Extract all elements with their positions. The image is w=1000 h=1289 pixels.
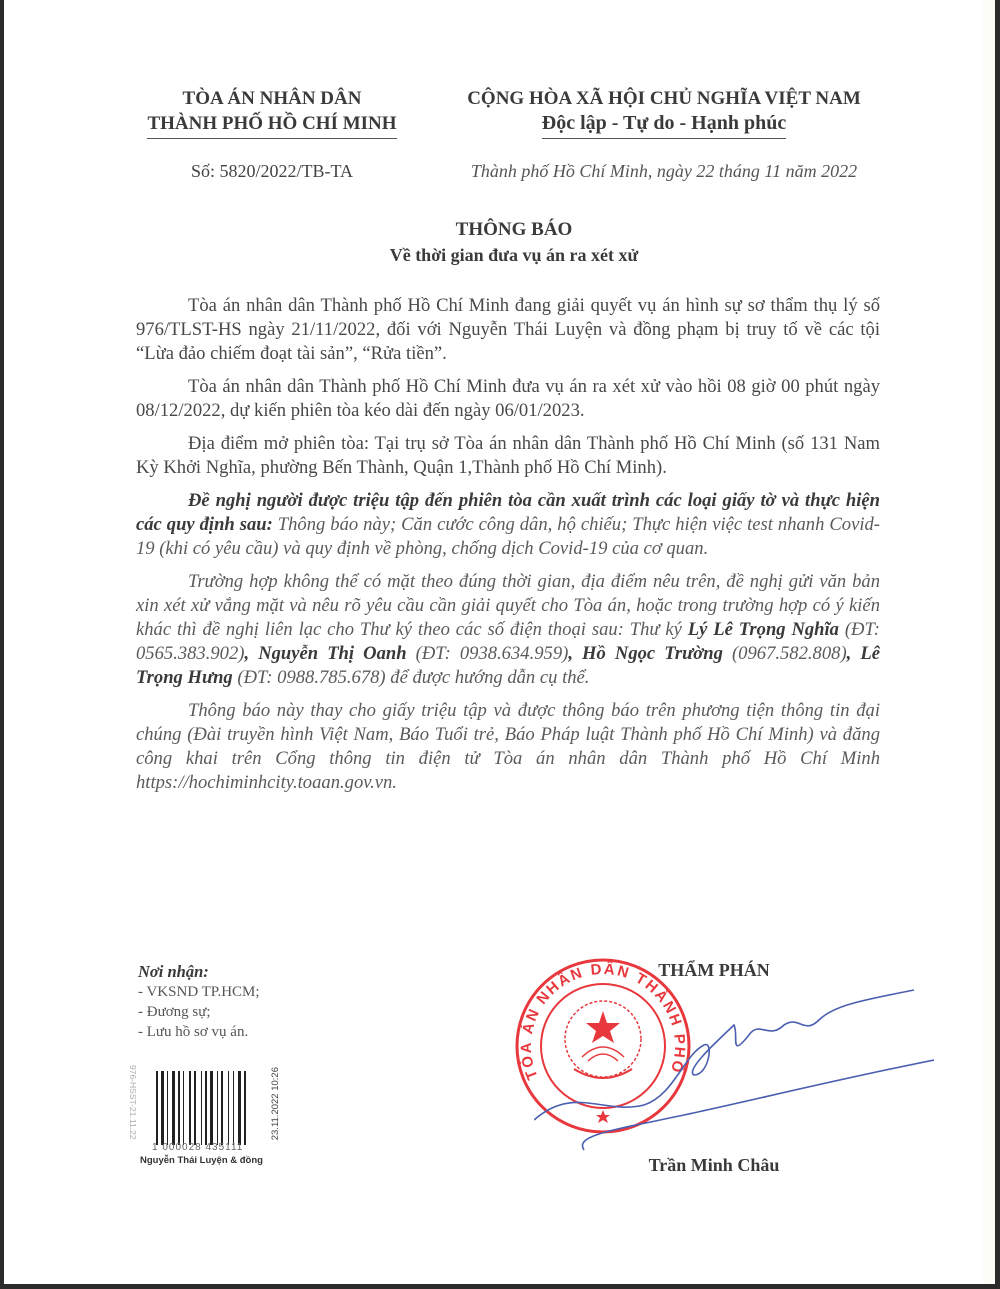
contacts-end: để được hướng dẫn cụ thể. (386, 667, 590, 688)
country-line: CỘNG HÒA XÃ HỘI CHỦ NGHĨA VIỆT NAM (424, 86, 904, 111)
barcode-label: 976-HSST-21.11.22 1 000028 435111 23.11.… (130, 1063, 290, 1169)
contact-phone: (ĐT: 0938.634.959) (407, 643, 569, 664)
judge-signature (534, 965, 934, 1155)
national-header: CỘNG HÒA XÃ HỘI CHỦ NGHĨA VIỆT NAM Độc l… (424, 86, 904, 139)
paragraph-trial-time: Tòa án nhân dân Thành phố Hồ Chí Minh đư… (136, 375, 880, 423)
recipients-block: Nơi nhận: - VKSND TP.HCM; - Đương sự; - … (138, 962, 418, 1042)
recipient-item: - Lưu hồ sơ vụ án. (138, 1022, 418, 1042)
paragraph-location: Địa điểm mở phiên tòa: Tại trụ sở Tòa án… (136, 432, 880, 480)
issuer-header: TÒA ÁN NHÂN DÂN THÀNH PHỐ HỒ CHÍ MINH (100, 86, 444, 139)
contact-name: Lý Lê Trọng Nghĩa (688, 619, 839, 640)
paragraph-case-info: Tòa án nhân dân Thành phố Hồ Chí Minh đa… (136, 294, 880, 366)
document-number: Số: 5820/2022/TB-TA (100, 161, 444, 182)
contact-name: Nguyễn Thị Oanh (258, 643, 406, 664)
issuer-line-2: THÀNH PHỐ HỒ CHÍ MINH (147, 111, 396, 139)
paragraph-publication: Thông báo này thay cho giấy triệu tập và… (136, 699, 880, 795)
document-page: TÒA ÁN NHÂN DÂN THÀNH PHỐ HỒ CHÍ MINH CỘ… (4, 0, 995, 1284)
barcode-timestamp: 23.11.2022 10:26 (270, 1067, 281, 1140)
signer-title: THẨM PHÁN (564, 960, 864, 981)
contact-phone: (ĐT: 0988.785.678) (233, 667, 386, 688)
motto: Độc lập - Tự do - Hạnh phúc (542, 111, 786, 139)
document-title: THÔNG BÁO (124, 219, 904, 241)
recipients-label: Nơi nhận: (138, 962, 418, 982)
recipient-item: - Đương sự; (138, 1002, 418, 1022)
recipient-item: - VKSND TP.HCM; (138, 982, 418, 1002)
barcode-side-code: 976-HSST-21.11.22 (128, 1065, 138, 1140)
paragraph-contacts: Trường hợp không thể có mặt theo đúng th… (136, 570, 880, 690)
place-date: Thành phố Hồ Chí Minh, ngày 22 tháng 11 … (424, 161, 904, 182)
barcode-case-name: Nguyễn Thái Luyện & đồng (140, 1155, 263, 1166)
barcode-bars (156, 1071, 262, 1145)
document-body: Tòa án nhân dân Thành phố Hồ Chí Minh đa… (136, 294, 880, 804)
barcode-number: 1 000028 435111 (152, 1142, 243, 1153)
paragraph-requirements: Đề nghị người được triệu tập đến phiên t… (136, 489, 880, 561)
document-subtitle: Về thời gian đưa vụ án ra xét xử (124, 245, 904, 266)
contact-phone: (0967.582.808) (723, 643, 847, 664)
signer-name: Trần Minh Châu (564, 1155, 864, 1176)
issuer-line-1: TÒA ÁN NHÂN DÂN (100, 86, 444, 111)
contact-name: Hồ Ngọc Trường (582, 643, 723, 664)
